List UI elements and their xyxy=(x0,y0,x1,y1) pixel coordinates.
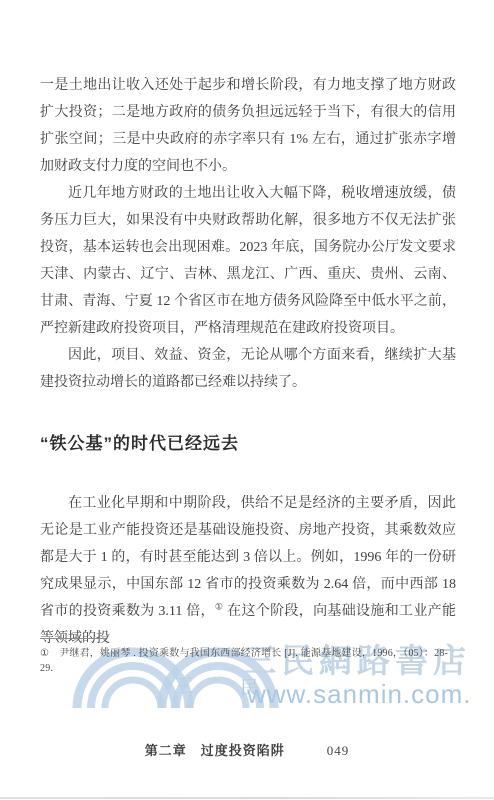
chapter-title: 过度投资陷阱 xyxy=(201,740,285,759)
page-footer: 第二章 过度投资陷阱 049 xyxy=(0,740,494,759)
chapter-label: 第二章 xyxy=(145,740,187,759)
paragraph-1: 一是土地出让收入还处于起步和增长阶段，有力地支撑了地方财政扩大投资；二是地方政府… xyxy=(40,72,456,180)
watermark-url: www.sanmin.com.tw xyxy=(246,679,470,709)
footnote-separator xyxy=(40,638,106,639)
page-number: 049 xyxy=(327,743,350,759)
paragraph-3: 因此，项目、效益、资金，无论从哪个方面来看，继续扩大基建投资拉动增长的道路都已经… xyxy=(40,342,456,396)
footnote-text: 尹继君，姚丽琴 . 投资乘数与我国东西部经济增长 [J]. 能源基地建设，199… xyxy=(40,648,448,674)
page-body: 一是土地出让收入还处于起步和增长阶段，有力地支撑了地方财政扩大投资；二是地方政府… xyxy=(40,72,456,652)
paragraph-4: 在工业化早期和中期阶段，供给不足是经济的主要矛盾，因此无论是工业产能投资还是基础… xyxy=(40,490,456,652)
book-page: 三 民 三民網路書店 www.sanmin.com.tw 一是土地出让收入还处于… xyxy=(0,0,494,800)
section-heading: “铁公基”的时代已经远去 xyxy=(40,432,456,456)
paragraph-2: 近几年地方财政的土地出让收入大幅下降，税收增速放缓，债务压力巨大，如果没有中央财… xyxy=(40,180,456,342)
watermark-logo-char-san: 三 xyxy=(174,676,193,697)
footnote-block: ①尹继君，姚丽琴 . 投资乘数与我国东西部经济增长 [J]. 能源基地建设，19… xyxy=(40,638,460,676)
watermark-logo-char-min: 民 xyxy=(240,677,259,699)
footnote-entry: ①尹继君，姚丽琴 . 投资乘数与我国东西部经济增长 [J]. 能源基地建设，19… xyxy=(40,646,460,676)
scan-bottom-edge xyxy=(0,797,494,799)
paragraph-4-text: 在工业化早期和中期阶段，供给不足是经济的主要矛盾，因此无论是工业产能投资还是基础… xyxy=(40,496,456,619)
footnote-marker: ① xyxy=(40,648,49,659)
